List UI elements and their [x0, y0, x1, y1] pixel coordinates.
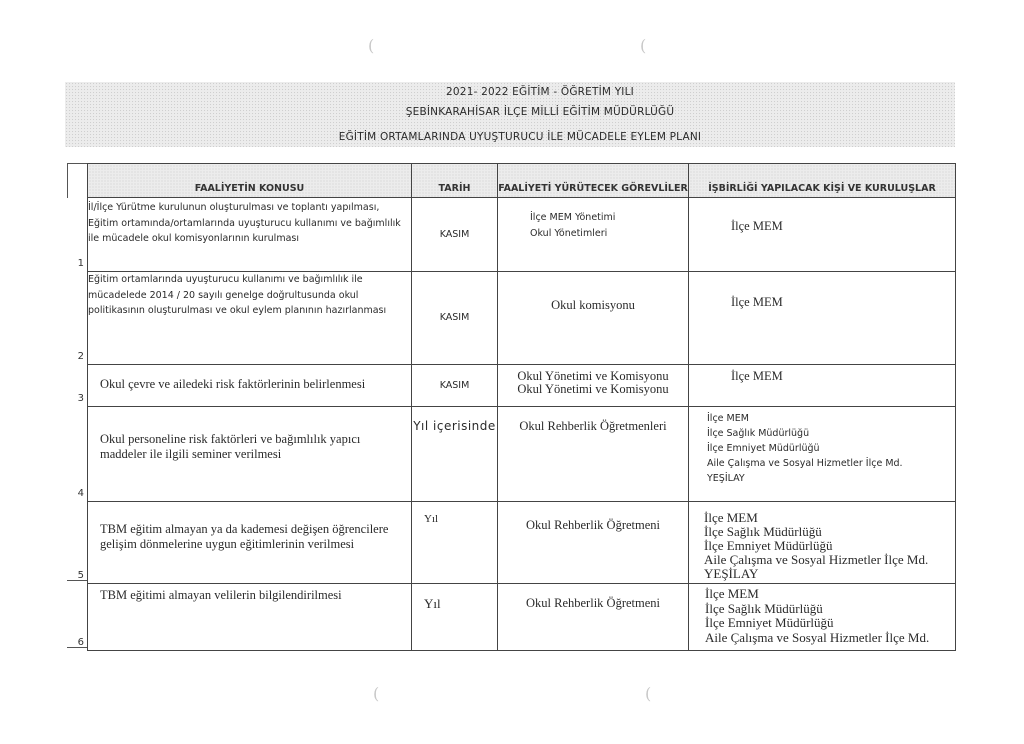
- plan-title: EĞİTİM ORTAMLARINDA UYUŞTURUCU İLE MÜCAD…: [75, 131, 965, 143]
- partner-item: YEŞİLAY: [704, 567, 955, 581]
- responsible-item: Okul Rehberlik Öğretmenleri: [498, 419, 688, 434]
- table-outer-border: [67, 163, 68, 198]
- row-number: 4: [68, 486, 84, 501]
- table-row: 1 İl/İlçe Yürütme kurulunun oluşturulmas…: [88, 198, 956, 272]
- responsible-item: Okul komisyonu: [498, 298, 688, 313]
- table-row: 5 TBM eğitim almayan ya da kademesi deği…: [88, 502, 956, 584]
- date-cell: KASIM: [412, 272, 498, 365]
- topic-cell: 2 Eğitim ortamlarında uyuşturucu kullanı…: [88, 272, 412, 365]
- responsible-item: Okul Rehberlik Öğretmeni: [498, 596, 688, 611]
- table-outer-border: [67, 647, 87, 648]
- partner-item: İlçe MEM: [707, 411, 955, 426]
- action-plan-table: FAALİYETİN KONUSU TARİH FAALİYETİ YÜRÜTE…: [87, 163, 956, 651]
- topic-cell: 4 Okul personeline risk faktörleri ve ba…: [88, 407, 412, 502]
- school-year-title: 2021- 2022 EĞİTİM - ÖĞRETİM YILI: [95, 86, 985, 98]
- partner-item: İlçe Emniyet Müdürlüğü: [707, 441, 955, 456]
- partner-item: Aile Çalışma ve Sosyal Hizmetler İlçe Md…: [705, 631, 955, 646]
- partners-cell: İlçe MEM İlçe Sağlık Müdürlüğü İlçe Emni…: [689, 584, 956, 651]
- document-header: 2021- 2022 EĞİTİM - ÖĞRETİM YILI ŞEBİNKA…: [65, 82, 955, 147]
- punch-hole-mark: (: [373, 684, 379, 703]
- responsible-cell: İlçe MEM Yönetimi Okul Yönetimleri: [498, 198, 689, 272]
- header-date: TARİH: [412, 164, 498, 198]
- partner-item: İlçe Sağlık Müdürlüğü: [705, 602, 955, 617]
- partners-cell: İlçe MEM: [689, 365, 956, 407]
- scan-line-gap: [700, 496, 920, 499]
- partner-item: İlçe Sağlık Müdürlüğü: [704, 525, 955, 539]
- partner-item: İlçe MEM: [731, 295, 955, 310]
- table-row: 6 TBM eğitimi almayan velilerin bilgilen…: [88, 584, 956, 651]
- partners-cell: İlçe MEM İlçe Sağlık Müdürlüğü İlçe Emni…: [689, 502, 956, 584]
- table-row: 2 Eğitim ortamlarında uyuşturucu kullanı…: [88, 272, 956, 365]
- table-row: 4 Okul personeline risk faktörleri ve ba…: [88, 407, 956, 502]
- responsible-cell: Okul Rehberlik Öğretmenleri: [498, 407, 689, 502]
- date-cell: Yıl: [412, 502, 498, 584]
- directorate-title: ŞEBİNKARAHİSAR İLÇE MİLLİ EĞİTİM MÜDÜRLÜ…: [95, 106, 985, 118]
- partner-item: İlçe MEM: [704, 511, 955, 525]
- partner-item: İlçe Emniyet Müdürlüğü: [705, 616, 955, 631]
- responsible-cell: Okul Rehberlik Öğretmeni: [498, 584, 689, 651]
- header-responsible: FAALİYETİ YÜRÜTECEK GÖREVLİLER: [498, 164, 689, 198]
- table-outer-border: [67, 580, 87, 581]
- partner-item: Aile Çalışma ve Sosyal Hizmetler İlçe Md…: [707, 456, 955, 471]
- table-row: 3 Okul çevre ve ailedeki risk faktörleri…: [88, 365, 956, 407]
- responsible-item: Okul Yönetimleri: [530, 226, 688, 242]
- responsible-item: İlçe MEM Yönetimi: [530, 210, 688, 226]
- responsible-cell: Okul komisyonu: [498, 272, 689, 365]
- partner-item: Aile Çalışma ve Sosyal Hizmetler İlçe Md…: [704, 553, 955, 567]
- responsible-cell: Okul Yönetimi ve Komisyonu Okul Yönetimi…: [498, 365, 689, 407]
- partner-item: İlçe Sağlık Müdürlüğü: [707, 426, 955, 441]
- partner-item: İlçe MEM: [731, 219, 955, 234]
- punch-hole-mark: (: [640, 36, 646, 55]
- responsible-cell: Okul Rehberlik Öğretmeni: [498, 502, 689, 584]
- date-cell: Yıl: [412, 584, 498, 651]
- topic-text: İl/İlçe Yürütme kurulunun oluşturulması …: [88, 198, 411, 247]
- row-number: 3: [68, 391, 84, 406]
- partners-cell: İlçe MEM İlçe Sağlık Müdürlüğü İlçe Emni…: [689, 407, 956, 502]
- punch-hole-mark: (: [645, 684, 651, 703]
- partner-item: İlçe MEM: [705, 587, 955, 602]
- topic-text: Okul çevre ve ailedeki risk faktörlerini…: [100, 377, 405, 391]
- partner-item: İlçe MEM: [731, 369, 955, 384]
- topic-cell: 3 Okul çevre ve ailedeki risk faktörleri…: [88, 365, 412, 407]
- table-header-row: FAALİYETİN KONUSU TARİH FAALİYETİ YÜRÜTE…: [88, 164, 956, 198]
- topic-cell: 6 TBM eğitimi almayan velilerin bilgilen…: [88, 584, 412, 651]
- partner-item: İlçe Emniyet Müdürlüğü: [704, 539, 955, 553]
- partners-cell: İlçe MEM: [689, 272, 956, 365]
- topic-text: TBM eğitim almayan ya da kademesi değişe…: [100, 522, 405, 552]
- responsible-item: Okul Yönetimi ve Komisyonu: [498, 383, 688, 396]
- topic-cell: 5 TBM eğitim almayan ya da kademesi deği…: [88, 502, 412, 584]
- partner-item: YEŞİLAY: [707, 471, 955, 486]
- topic-cell: 1 İl/İlçe Yürütme kurulunun oluşturulmas…: [88, 198, 412, 272]
- topic-text: TBM eğitimi almayan velilerin bilgilendi…: [100, 588, 405, 603]
- date-cell: KASIM: [412, 198, 498, 272]
- topic-text: Okul personeline risk faktörleri ve bağı…: [100, 432, 405, 462]
- header-partners: İŞBİRLİĞİ YAPILACAK KİŞİ VE KURULUŞLAR: [689, 164, 956, 198]
- header-topic: FAALİYETİN KONUSU: [88, 164, 412, 198]
- responsible-item: Okul Rehberlik Öğretmeni: [498, 518, 688, 533]
- punch-hole-mark: (: [368, 36, 374, 55]
- table-outer-border: [67, 163, 87, 164]
- partners-cell: İlçe MEM: [689, 198, 956, 272]
- row-number: 1: [68, 256, 84, 272]
- date-cell: Yıl içerisinde: [412, 407, 498, 502]
- topic-text: Eğitim ortamlarında uyuşturucu kullanımı…: [88, 272, 411, 319]
- date-cell: KASIM: [412, 365, 498, 407]
- row-number: 2: [68, 349, 84, 365]
